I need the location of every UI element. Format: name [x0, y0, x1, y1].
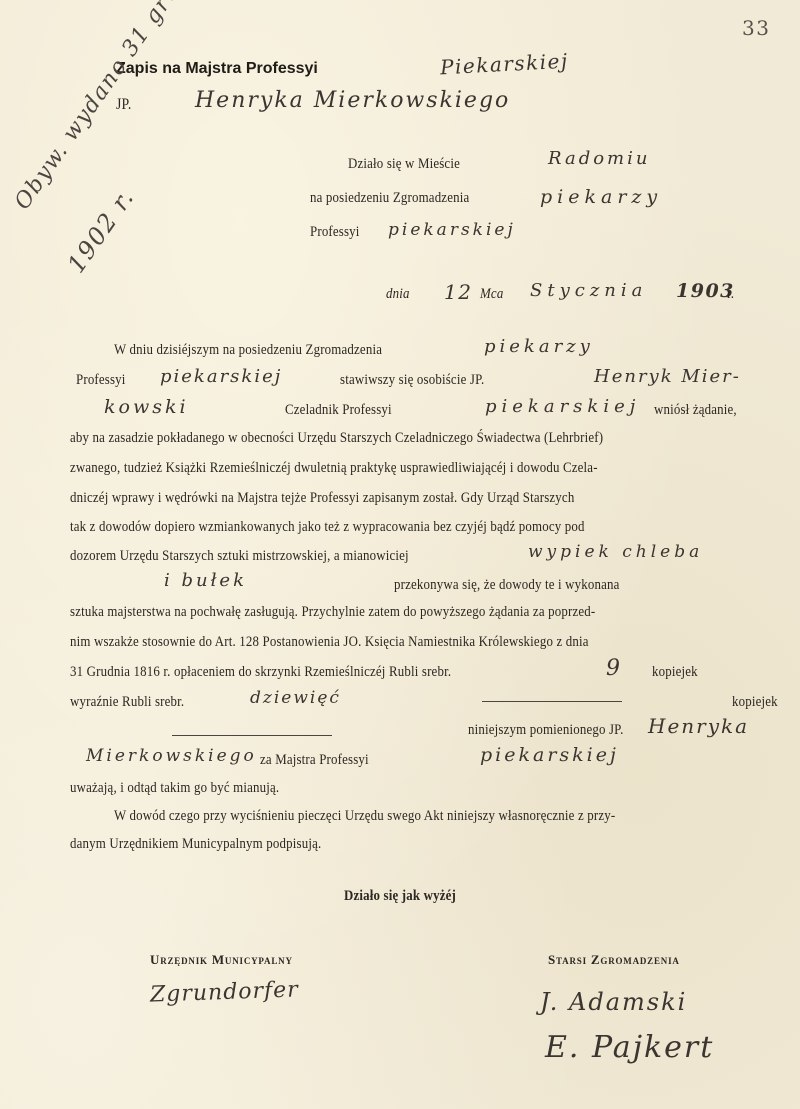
body-line-3-handwritten: kowski: [104, 396, 189, 418]
place-assembly-label: na posiedzeniu Zgromadzenia: [310, 190, 469, 207]
body-line-2b: stawiwszy się osobiście JP.: [340, 372, 484, 389]
body-line-2-handwritten: piekarskiej: [160, 366, 282, 387]
jp-name-handwritten: Henryka Mierkowskiego: [195, 88, 510, 113]
date-mca: Mca: [480, 286, 503, 303]
title-profession-handwritten: Piekarskiej: [439, 49, 569, 80]
body-line-2-handwritten-name: Henryk Mier-: [594, 366, 741, 387]
body-line-13-handwritten-amount: dziewięć: [250, 688, 341, 708]
body-line-15a: za Majstra Professyi: [260, 752, 369, 769]
document-title: Zapis na Majstra Professyi: [116, 60, 318, 78]
body-line-3-handwritten-2: piekarskiej: [485, 396, 640, 417]
place-profession-label: Professyi: [310, 224, 360, 241]
body-line-9-handwritten: i bułek: [164, 570, 247, 591]
place-profession-handwritten: piekarskiej: [388, 220, 516, 240]
body-line-13a: wyraźnie Rubli srebr.: [70, 694, 184, 711]
signature-elder-2: E. Pajkert: [545, 1030, 714, 1065]
body-line-18: danym Urzędnikiem Municypalnym podpisują…: [70, 836, 321, 853]
body-line-1-handwritten: piekarzy: [484, 336, 594, 357]
body-line-5: zwanego, tudzież Książki Rzemieślniczéj …: [70, 460, 598, 477]
margin-note-line2: 1902 r.: [62, 184, 140, 278]
page-number: 33: [742, 16, 770, 40]
body-line-14a: niniejszym pomienionego JP.: [468, 722, 623, 739]
body-line-6: dniczéj wprawy i wędrówki na Majstra tej…: [70, 490, 574, 507]
body-line-4: aby na zasadzie pokładanego w obecności …: [70, 430, 603, 447]
margin-note-line1: Obyw. wydano 31 grud.: [10, 0, 199, 214]
body-line-3b: wniósł żądanie,: [654, 402, 737, 419]
blank-dash: [172, 735, 332, 736]
place-city-handwritten: Radomiu: [548, 148, 650, 169]
date-day-handwritten: 12: [444, 280, 472, 304]
place-assembly-handwritten: piekarzy: [540, 186, 662, 208]
body-line-12-handwritten-amount: 9: [606, 656, 622, 681]
body-line-11: nim wszakże stosownie do Art. 128 Postan…: [70, 634, 589, 651]
body-line-12a: 31 Grudnia 1816 r. opłaceniem do skrzynk…: [70, 664, 451, 681]
body-line-14-handwritten: Henryka: [648, 714, 749, 738]
body-line-15-handwritten: Mierkowskiego: [86, 746, 257, 766]
body-line-10: sztuka majsterstwa na pochwałę zasługują…: [70, 604, 595, 621]
signature-elder-1: J. Adamski: [540, 988, 687, 1016]
signature-label-municipal-official: Urzędnik Municypalny: [150, 952, 293, 968]
body-line-8a: dozorem Urzędu Starszych sztuki mistrzow…: [70, 548, 409, 565]
body-line-9b: przekonywa się, że dowody te i wykonana: [394, 577, 620, 594]
jp-label: JP.: [116, 96, 131, 114]
date-month-handwritten: Stycznia: [530, 280, 647, 301]
body-line-16: uważają, i odtąd takim go być mianują.: [70, 780, 279, 797]
body-line-1: W dniu dzisiéjszym na posiedzeniu Zgroma…: [114, 342, 382, 359]
body-line-12b: kopiejek: [652, 664, 698, 681]
body-line-2a: Professyi: [76, 372, 126, 389]
closing-text: Działo się jak wyżéj: [344, 888, 456, 905]
body-line-13b: kopiejek: [732, 694, 778, 711]
body-line-7: tak z dowodów dopiero wzmiankowanych jak…: [70, 519, 585, 536]
body-line-17: W dowód czego przy wyciśnieniu pieczęci …: [114, 808, 615, 825]
body-line-15-handwritten-2: piekarskiej: [480, 744, 619, 766]
place-city-label: Działo się w Mieście: [348, 156, 460, 173]
signature-label-elders: Starsi Zgromadzenia: [548, 952, 680, 968]
date-dnia: dnia: [386, 286, 410, 303]
signature-municipal-official: Zgrundorfer: [150, 977, 300, 1007]
date-r: r.: [727, 286, 734, 303]
blank-kopiejek-dash: [482, 701, 622, 702]
body-line-8-handwritten: wypiek chleba: [528, 542, 703, 562]
body-line-3a: Czeladnik Professyi: [285, 402, 392, 419]
